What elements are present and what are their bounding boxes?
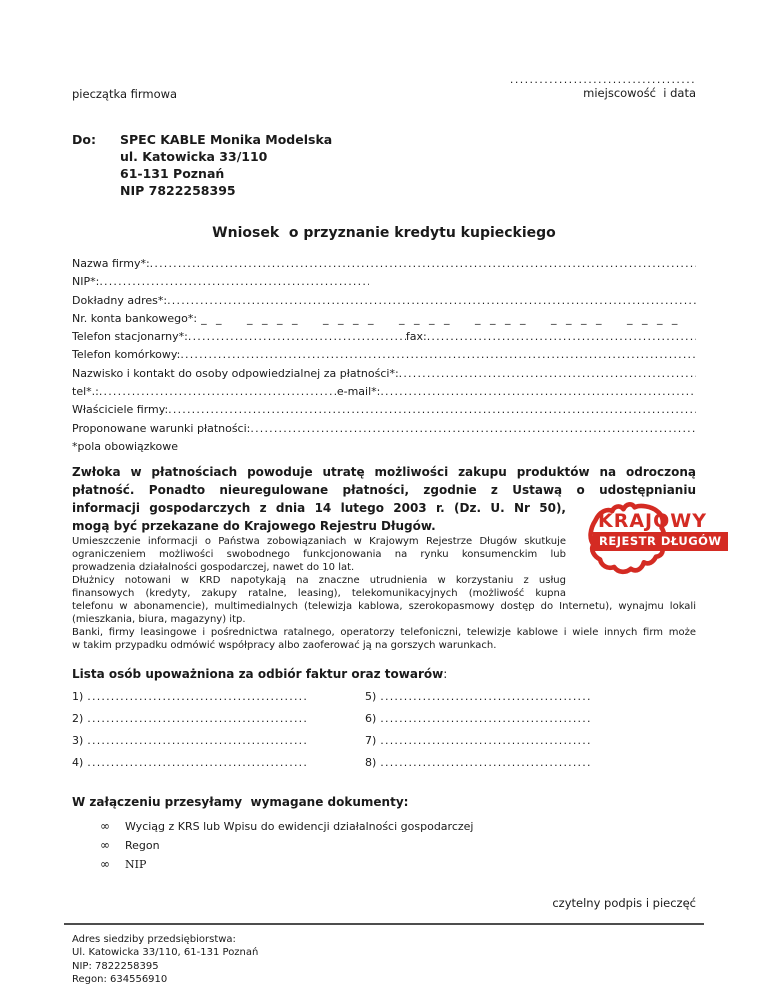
list-item: 8) .....................................… — [365, 756, 696, 778]
form-row-tel-email: tel*.: .................................… — [72, 385, 696, 403]
document-page: pieczątka firmowa ......................… — [0, 0, 768, 994]
attachment-item-label: NIP — [125, 858, 146, 871]
list-item: 7) .....................................… — [365, 734, 696, 756]
place-date-block: ...................................... m… — [510, 74, 696, 101]
payment-terms-blank: ........................................… — [250, 422, 696, 435]
warning-bold-line: płatność. Ponadto nieuregulowane płatnoś… — [72, 481, 696, 499]
company-stamp-label: pieczątka firmowa — [72, 87, 177, 101]
form-row-landline: Telefon stacjonarny*: ..................… — [72, 330, 696, 348]
tel-blank: ........................................… — [99, 385, 337, 398]
warning-small-line: (mieszkania, biura, magazyny) itp. — [72, 613, 696, 626]
payment-terms-label: Proponowane warunki płatności: — [72, 422, 250, 435]
warning-small-line: telefonu w abonamencie), multimedialnych… — [72, 600, 696, 613]
footer-nip: NIP: 7822258395 — [72, 960, 696, 974]
warning-small-line: Banki, firmy leasingowe i pośrednictwa r… — [72, 626, 696, 639]
list-item-blank: ........................................… — [380, 712, 592, 725]
recipient-address: SPEC KABLE Monika Modelska ul. Katowicka… — [120, 131, 332, 199]
warning-small-line: Dłużnicy notowani w KRD napotykają na zn… — [72, 574, 566, 587]
infinity-bullet-icon: ∞ — [100, 838, 125, 852]
footer-block: Adres siedziby przedsiębiorstwa: Ul. Kat… — [72, 933, 696, 987]
list-item-blank: ........................................… — [380, 734, 592, 747]
list-item-number: 2) — [72, 712, 87, 725]
list-item: 5) .....................................… — [365, 690, 696, 712]
document-content: pieczątka firmowa ......................… — [72, 0, 696, 987]
landline-blank: ........................................… — [188, 330, 406, 343]
contact-person-blank: ........................................… — [399, 367, 696, 380]
warning-small-line: w takim przypadku odmówić współpracy alb… — [72, 639, 696, 652]
list-item-number: 3) — [72, 734, 87, 747]
email-blank: ........................................… — [380, 385, 696, 398]
address-blank: ........................................… — [167, 294, 696, 307]
page-title: Wniosek o przyznanie kredytu kupieckiego — [72, 225, 696, 241]
list-item-blank: ........................................… — [87, 756, 309, 769]
recipient-nip: NIP 7822258395 — [120, 182, 332, 199]
header-row: pieczątka firmowa ......................… — [72, 0, 696, 101]
list-item-number: 1) — [72, 690, 87, 703]
attachment-item: ∞ NIP — [100, 857, 696, 876]
list-item-blank: ........................................… — [380, 690, 592, 703]
recipient-block: Do: SPEC KABLE Monika Modelska ul. Katow… — [72, 131, 696, 199]
attachments-heading: W załączeniu przesyłamy wymagane dokumen… — [72, 794, 696, 810]
company-name-blank: ........................................… — [150, 257, 696, 270]
authorized-persons-heading-colon: : — [443, 667, 447, 681]
list-item: 6) .....................................… — [365, 712, 696, 734]
krd-logo-krajowy-text: KRAJOWY — [598, 511, 707, 531]
owners-blank: ........................................… — [168, 403, 696, 416]
form-row-company-name: Nazwa firmy*: ..........................… — [72, 257, 696, 275]
address-label: Dokładny adres*: — [72, 294, 167, 307]
email-label: e-mail*: — [337, 385, 381, 398]
list-item: 4) .....................................… — [72, 756, 365, 778]
footer-address-title: Adres siedziby przedsiębiorstwa: — [72, 933, 696, 947]
list-item-number: 5) — [365, 690, 380, 703]
recipient-street: ul. Katowicka 33/110 — [120, 148, 332, 165]
attachment-item-label: Wyciąg z KRS lub Wpisu do ewidencji dzia… — [125, 820, 473, 833]
list-item-number: 6) — [365, 712, 380, 725]
contact-person-label: Nazwisko i kontakt do osoby odpowiedzial… — [72, 367, 399, 380]
authorized-persons-heading: Lista osób upoważniona za odbiór faktur … — [72, 666, 696, 682]
infinity-bullet-icon: ∞ — [100, 857, 125, 871]
list-item: 1) .....................................… — [72, 690, 365, 712]
to-label: Do: — [72, 131, 120, 199]
nip-blank: ........................................… — [99, 275, 369, 288]
bank-account-label: Nr. konta bankowego*: — [72, 312, 197, 325]
list-item-number: 7) — [365, 734, 380, 747]
mobile-blank: ........................................… — [180, 348, 696, 361]
list-item: 3) .....................................… — [72, 734, 365, 756]
form-row-payment-terms: Proponowane warunki płatności: .........… — [72, 422, 696, 440]
form-row-nip: NIP*: ..................................… — [72, 275, 696, 293]
list-item: 2) .....................................… — [72, 712, 365, 734]
warning-small-line: finansowych (kredyty, zakupy ratalne, le… — [72, 587, 566, 600]
required-fields-note: *pola obowiązkowe — [72, 440, 696, 458]
warning-bold-line: Zwłoka w płatnościach powoduje utratę mo… — [72, 463, 696, 481]
attachment-item: ∞ Wyciąg z KRS lub Wpisu do ewidencji dz… — [100, 819, 696, 838]
tel-label: tel*.: — [72, 385, 99, 398]
authorized-persons-list: 1) .....................................… — [72, 690, 696, 778]
attachment-item-label: Regon — [125, 839, 160, 852]
form-row-bank-account: Nr. konta bankowego*: _ _ _ _ _ _ _ _ _ … — [72, 312, 696, 330]
krd-logo: KRAJOWY REJESTR DŁUGÓW — [570, 498, 710, 580]
infinity-bullet-icon: ∞ — [100, 819, 125, 833]
place-date-blank-line: ...................................... — [510, 74, 696, 85]
footer-regon: Regon: 634556910 — [72, 973, 696, 987]
recipient-name: SPEC KABLE Monika Modelska — [120, 131, 332, 148]
landline-label: Telefon stacjonarny*: — [72, 330, 188, 343]
footer-divider — [64, 923, 704, 925]
warning-bold-line: informacji gospodarczych z dnia 14 luteg… — [72, 499, 566, 517]
owners-label: Właściciele firmy: — [72, 403, 168, 416]
form-row-address: Dokładny adres*: .......................… — [72, 294, 696, 312]
warning-small-line: prowadzenia działalności gospodarczej, n… — [72, 561, 566, 574]
fax-blank: ........................................… — [427, 330, 696, 343]
application-form: Nazwa firmy*: ..........................… — [72, 257, 696, 458]
krd-warning-section: KRAJOWY REJESTR DŁUGÓW Zwłoka w płatnośc… — [72, 463, 696, 652]
attachments-list: ∞ Wyciąg z KRS lub Wpisu do ewidencji dz… — [72, 819, 696, 876]
nip-label: NIP*: — [72, 275, 99, 288]
company-name-label: Nazwa firmy*: — [72, 257, 150, 270]
warning-small-line: ograniczeniem możliwości swobodnego funk… — [72, 548, 566, 561]
recipient-city: 61-131 Poznań — [120, 165, 332, 182]
list-item-number: 4) — [72, 756, 87, 769]
fax-label: fax: — [406, 330, 427, 343]
list-item-blank: ........................................… — [87, 734, 309, 747]
warning-small-line: Umieszczenie informacji o Państwa zobowi… — [72, 535, 566, 548]
place-date-label: miejscowość i data — [510, 85, 696, 101]
bank-account-mask: _ _ _ _ _ _ _ _ _ _ _ _ _ _ _ _ _ _ _ _ … — [197, 312, 679, 325]
form-row-owners: Właściciele firmy: .....................… — [72, 403, 696, 421]
attachment-item: ∞ Regon — [100, 838, 696, 857]
krd-logo-rejestr-text: REJESTR DŁUGÓW — [593, 532, 728, 551]
list-item-blank: ........................................… — [380, 756, 592, 769]
list-item-blank: ........................................… — [87, 690, 309, 703]
footer-address: Ul. Katowicka 33/110, 61-131 Poznań — [72, 946, 696, 960]
form-row-contact-person: Nazwisko i kontakt do osoby odpowiedzial… — [72, 367, 696, 385]
form-row-mobile: Telefon komórkowy: .....................… — [72, 348, 696, 366]
list-item-blank: ........................................… — [87, 712, 309, 725]
list-item-number: 8) — [365, 756, 380, 769]
authorized-persons-heading-text: Lista osób upoważniona za odbiór faktur … — [72, 667, 443, 681]
signature-label: czytelny podpis i pieczęć — [72, 896, 696, 910]
warning-bold-line: mogą być przekazane do Krajowego Rejestr… — [72, 517, 566, 535]
mobile-label: Telefon komórkowy: — [72, 348, 180, 361]
